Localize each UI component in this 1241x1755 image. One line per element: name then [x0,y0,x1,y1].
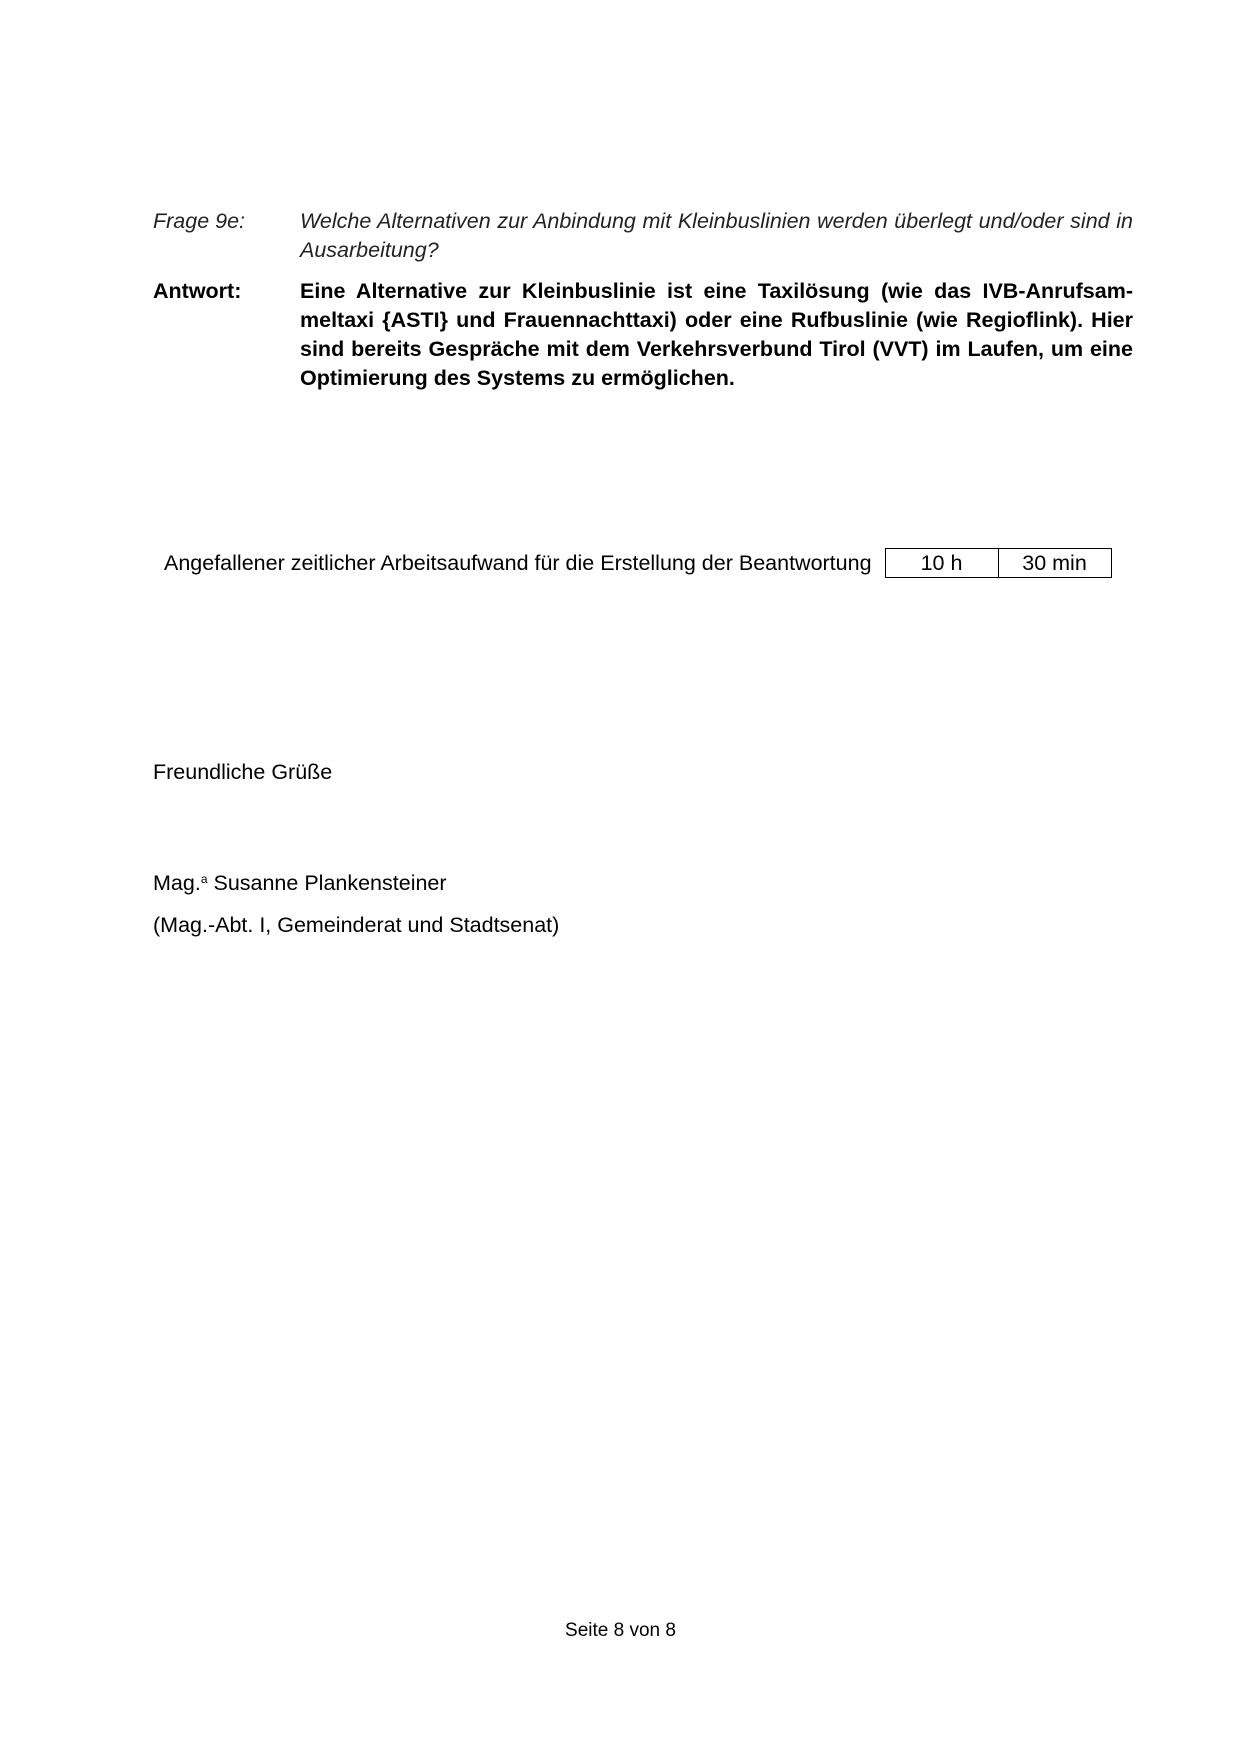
name-text: Susanne Plankensteiner [208,871,447,895]
question-text: Welche Alternativen zur Anbindung mit Kl… [300,207,1133,265]
department: (Mag.-Abt. I, Gemeinderat und Stadtsenat… [153,913,559,938]
answer-text: Eine Alternative zur Kleinbuslinie ist e… [300,277,1133,393]
effort-hours: 10 h [885,548,999,578]
title-prefix: Mag. [153,871,201,895]
effort-row: Angefallener zeitlicher Arbeitsaufwand f… [164,548,1112,578]
question-label: Frage 9e: [153,207,300,265]
answer-label: Antwort: [153,277,300,393]
question-block: Frage 9e: Welche Alternativen zur Anbind… [153,207,1133,265]
signatory-name: Mag.a Susanne Plankensteiner [153,871,447,896]
greeting: Freundliche Grüße [153,760,332,785]
page-number: Seite 8 von 8 [0,1620,1241,1642]
effort-label: Angefallener zeitlicher Arbeitsaufwand f… [164,551,872,576]
title-sup: a [201,872,208,886]
answer-block: Antwort: Eine Alternative zur Kleinbusli… [153,277,1133,393]
effort-minutes: 30 min [999,548,1112,578]
